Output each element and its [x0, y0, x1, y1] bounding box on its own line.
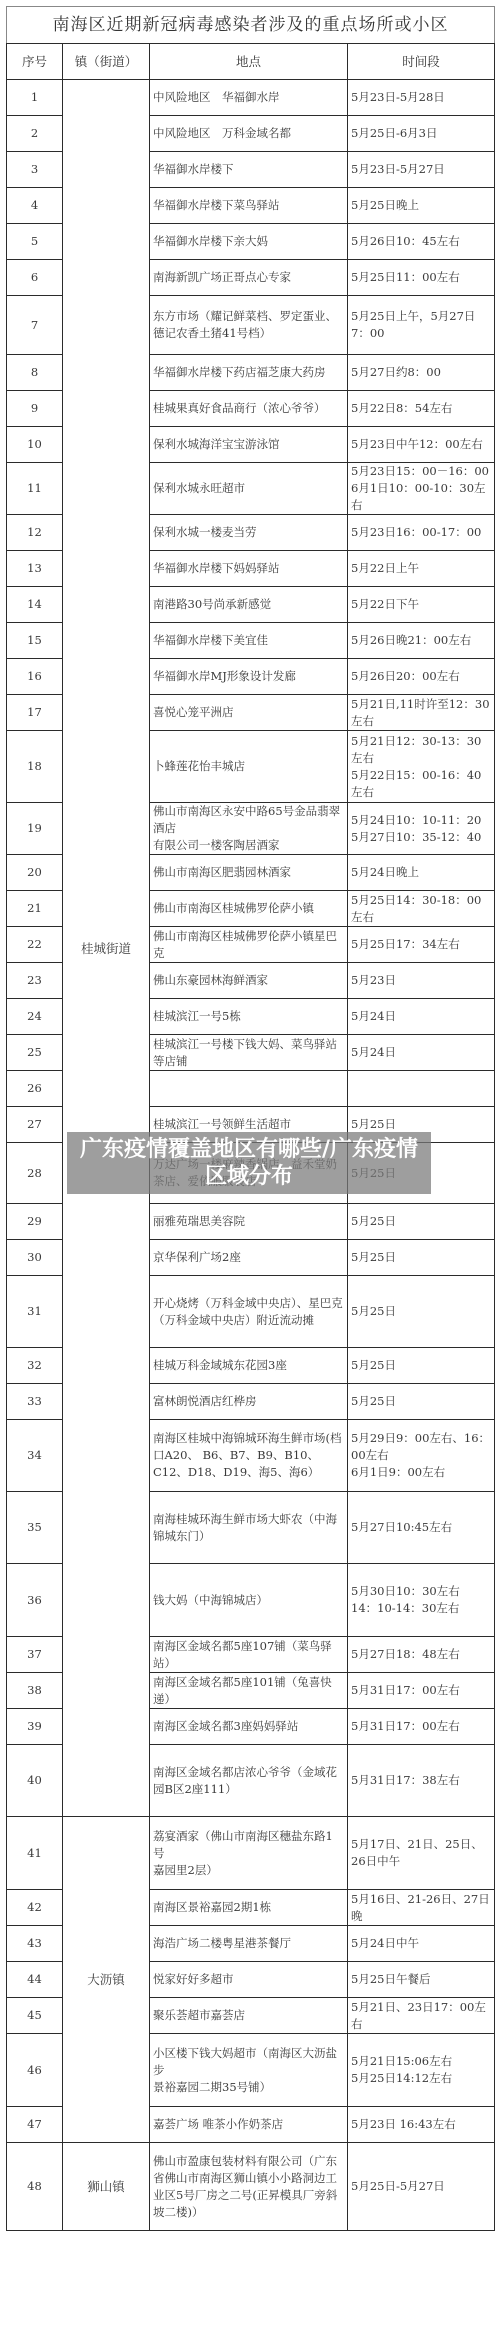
time-cell: 5月21日12：30-13：30左右 5月22日15：00-16：40左右 — [348, 731, 495, 803]
time-cell: 5月23日 — [348, 963, 495, 999]
location-cell: 南海区金域名都5座107铺（菜鸟驿站） — [150, 1637, 348, 1673]
row-number: 14 — [7, 587, 63, 623]
header-location: 地点 — [150, 44, 348, 80]
row-number: 26 — [7, 1071, 63, 1107]
row-number: 34 — [7, 1420, 63, 1492]
location-cell: 华福御水岸楼下美宜佳 — [150, 623, 348, 659]
header-time: 时间段 — [348, 44, 495, 80]
row-number: 45 — [7, 1998, 63, 2034]
location-cell: 南海区桂城中海锦城环海生鲜市场(档口A20、 B6、B7、B9、B10、C12、… — [150, 1420, 348, 1492]
time-cell: 5月23日-5月28日 — [348, 80, 495, 116]
row-number: 10 — [7, 427, 63, 463]
location-cell: 南海区景裕嘉园2期1栋 — [150, 1890, 348, 1926]
row-number: 5 — [7, 224, 63, 260]
time-cell: 5月27日约8：00 — [348, 355, 495, 391]
time-cell: 5月21日15:06左右 5月25日14:12左右 — [348, 2034, 495, 2107]
location-cell: 南海新凯广场正哥点心专家 — [150, 260, 348, 296]
location-cell: 小区楼下钱大妈超市（南海区大沥盐步 景裕嘉园二期35号铺） — [150, 2034, 348, 2107]
time-cell: 5月26日20：00左右 — [348, 659, 495, 695]
table-title: 南海区近期新冠病毒感染者涉及的重点场所或小区 — [7, 7, 495, 44]
location-cell: 嘉荟广场 唯茶小作奶茶店 — [150, 2107, 348, 2143]
location-cell: 京华保利广场2座 — [150, 1240, 348, 1276]
table-row: 48狮山镇佛山市盈康包装材料有限公司（广东省佛山市南海区狮山镇小小路洞边工业区5… — [7, 2143, 495, 2231]
row-number: 21 — [7, 891, 63, 927]
row-number: 1 — [7, 80, 63, 116]
location-cell: 保利水城海洋宝宝游泳馆 — [150, 427, 348, 463]
time-cell: 5月22日下午 — [348, 587, 495, 623]
time-cell: 5月25日17：34左右 — [348, 927, 495, 963]
row-number: 12 — [7, 515, 63, 551]
time-cell: 5月25日 — [348, 1348, 495, 1384]
row-number: 46 — [7, 2034, 63, 2107]
location-cell: 华福御水岸楼下亲大妈 — [150, 224, 348, 260]
row-number: 35 — [7, 1492, 63, 1564]
row-number: 27 — [7, 1107, 63, 1143]
time-cell: 5月23日16：00-17：00 — [348, 515, 495, 551]
time-cell: 5月17日、21日、25日、26日中午 — [348, 1817, 495, 1890]
time-cell: 5月30日10：30左右 14：10-14：30左右 — [348, 1564, 495, 1637]
row-number: 11 — [7, 463, 63, 515]
row-number: 24 — [7, 999, 63, 1035]
location-cell: 佛山市南海区桂城佛罗伦萨小镇 — [150, 891, 348, 927]
time-cell: 5月23日15：00－16：00 6月1日10：00-10：30左右 — [348, 463, 495, 515]
location-cell: 桂城果真好食品商行（浓心爷爷） — [150, 391, 348, 427]
time-cell: 5月25日 — [348, 1204, 495, 1240]
time-cell: 5月16日、21-26日、27日晚 — [348, 1890, 495, 1926]
time-cell: 5月29日9：00左右、16：00左右 6月1日9：00左右 — [348, 1420, 495, 1492]
row-number: 8 — [7, 355, 63, 391]
town-cell: 大沥镇 — [63, 1817, 150, 2143]
table-row: 41大沥镇荔宴酒家（佛山市南海区穗盐东路1号 嘉园里2层）5月17日、21日、2… — [7, 1817, 495, 1890]
time-cell: 5月25日午餐后 — [348, 1962, 495, 1998]
location-cell: 佛山市盈康包装材料有限公司（广东省佛山市南海区狮山镇小小路洞边工业区5号厂房之二… — [150, 2143, 348, 2231]
row-number: 44 — [7, 1962, 63, 1998]
time-cell: 5月24日 — [348, 1035, 495, 1071]
row-number: 43 — [7, 1926, 63, 1962]
location-cell: 桂城滨江一号5栋 — [150, 999, 348, 1035]
row-number: 19 — [7, 803, 63, 855]
row-number: 23 — [7, 963, 63, 999]
time-cell: 5月23日中午12：00左右 — [348, 427, 495, 463]
location-cell: 华福御水岸楼下 — [150, 152, 348, 188]
location-cell: 中风险地区 万科金域名都 — [150, 116, 348, 152]
time-cell: 5月23日-5月27日 — [348, 152, 495, 188]
key-locations-table: 南海区近期新冠病毒感染者涉及的重点场所或小区 序号 镇（街道） 地点 时间段 1… — [6, 6, 495, 2231]
location-cell: 佛山市南海区永安中路65号金品翡翠酒店 有限公司一楼客陶居酒家 — [150, 803, 348, 855]
time-cell: 5月27日18：48左右 — [348, 1637, 495, 1673]
time-cell: 5月22日上午 — [348, 551, 495, 587]
location-cell — [150, 1071, 348, 1107]
location-cell: 丽雅苑瑞思美容院 — [150, 1204, 348, 1240]
table-row: 1桂城街道中风险地区 华福御水岸5月23日-5月28日 — [7, 80, 495, 116]
time-cell: 5月24日 — [348, 999, 495, 1035]
header-town: 镇（街道） — [63, 44, 150, 80]
location-cell: 华福御水岸MJ形象设计发廊 — [150, 659, 348, 695]
row-number: 36 — [7, 1564, 63, 1637]
row-number: 38 — [7, 1673, 63, 1709]
row-number: 37 — [7, 1637, 63, 1673]
time-cell: 5月25日上午，5月27日7：00 — [348, 296, 495, 355]
row-number: 13 — [7, 551, 63, 587]
location-cell: 华福御水岸楼下妈妈驿站 — [150, 551, 348, 587]
row-number: 9 — [7, 391, 63, 427]
row-number: 40 — [7, 1745, 63, 1817]
row-number: 4 — [7, 188, 63, 224]
time-cell: 5月25日 — [348, 1240, 495, 1276]
location-cell: 中风险地区 华福御水岸 — [150, 80, 348, 116]
location-cell: 佛山东豪园林海鲜酒家 — [150, 963, 348, 999]
location-cell: 保利水城一楼麦当劳 — [150, 515, 348, 551]
town-cell: 狮山镇 — [63, 2143, 150, 2231]
row-number: 31 — [7, 1276, 63, 1348]
location-cell: 佛山市南海区桂城佛罗伦萨小镇星巴克 — [150, 927, 348, 963]
time-cell: 5月26日10：45左右 — [348, 224, 495, 260]
row-number: 6 — [7, 260, 63, 296]
location-cell: 富林朗悦酒店红桦房 — [150, 1384, 348, 1420]
document-table-container: 南海区近期新冠病毒感染者涉及的重点场所或小区 序号 镇（街道） 地点 时间段 1… — [6, 6, 494, 2231]
time-cell: 5月31日17：00左右 — [348, 1709, 495, 1745]
watermark-banner: 广东疫情覆盖地区有哪些/广东疫情区域分布 — [67, 1132, 431, 1194]
location-cell: 聚乐荟超市嘉荟店 — [150, 1998, 348, 2034]
time-cell: 5月31日17：38左右 — [348, 1745, 495, 1817]
time-cell: 5月24日中午 — [348, 1926, 495, 1962]
row-number: 7 — [7, 296, 63, 355]
time-cell: 5月24日晚上 — [348, 855, 495, 891]
time-cell: 5月25日-6月3日 — [348, 116, 495, 152]
row-number: 30 — [7, 1240, 63, 1276]
location-cell: 卜蜂莲花怡丰城店 — [150, 731, 348, 803]
location-cell: 喜悦心笼平洲店 — [150, 695, 348, 731]
time-cell: 5月25日晚上 — [348, 188, 495, 224]
row-number: 25 — [7, 1035, 63, 1071]
row-number: 42 — [7, 1890, 63, 1926]
row-number: 41 — [7, 1817, 63, 1890]
row-number: 16 — [7, 659, 63, 695]
row-number: 18 — [7, 731, 63, 803]
location-cell: 东方市场（耀记鲜菜档、罗定蛋业、德记农香土猪41号档） — [150, 296, 348, 355]
location-cell: 南海桂城环海生鲜市场大虾农（中海锦城东门） — [150, 1492, 348, 1564]
time-cell: 5月24日10：10-11：20 5月27日10：35-12：40 — [348, 803, 495, 855]
time-cell: 5月22日8：54左右 — [348, 391, 495, 427]
town-cell: 桂城街道 — [63, 80, 150, 1817]
row-number: 32 — [7, 1348, 63, 1384]
row-number: 29 — [7, 1204, 63, 1240]
location-cell: 保利水城永旺超市 — [150, 463, 348, 515]
location-cell: 桂城万科金域城东花园3座 — [150, 1348, 348, 1384]
row-number: 28 — [7, 1143, 63, 1204]
location-cell: 荔宴酒家（佛山市南海区穗盐东路1号 嘉园里2层） — [150, 1817, 348, 1890]
time-cell: 5月31日17：00左右 — [348, 1673, 495, 1709]
time-cell: 5月25日 — [348, 1384, 495, 1420]
location-cell: 南港路30号尚承新感觉 — [150, 587, 348, 623]
time-cell: 5月25日-5月27日 — [348, 2143, 495, 2231]
row-number: 17 — [7, 695, 63, 731]
time-cell: 5月23日 16:43左右 — [348, 2107, 495, 2143]
row-number: 47 — [7, 2107, 63, 2143]
location-cell: 开心烧烤（万科金域中央店）、星巴克（万科金域中央店）附近流动摊 — [150, 1276, 348, 1348]
row-number: 15 — [7, 623, 63, 659]
row-number: 33 — [7, 1384, 63, 1420]
time-cell: 5月25日 — [348, 1276, 495, 1348]
row-number: 2 — [7, 116, 63, 152]
time-cell: 5月26日晚21：00左右 — [348, 623, 495, 659]
row-number: 22 — [7, 927, 63, 963]
location-cell: 桂城滨江一号楼下钱大妈、菜鸟驿站等店铺 — [150, 1035, 348, 1071]
row-number: 20 — [7, 855, 63, 891]
row-number: 39 — [7, 1709, 63, 1745]
location-cell: 南海区金域名都3座妈妈驿站 — [150, 1709, 348, 1745]
location-cell: 华福御水岸楼下药店福芝康大药房 — [150, 355, 348, 391]
time-cell: 5月25日14：30-18：00左右 — [348, 891, 495, 927]
location-cell: 悦家好好多超市 — [150, 1962, 348, 1998]
location-cell: 佛山市南海区肥翡园林酒家 — [150, 855, 348, 891]
location-cell: 华福御水岸楼下菜鸟驿站 — [150, 188, 348, 224]
row-number: 3 — [7, 152, 63, 188]
location-cell: 钱大妈（中海锦城店） — [150, 1564, 348, 1637]
location-cell: 南海区金域名都店浓心爷爷（金域花园B区2座111） — [150, 1745, 348, 1817]
time-cell: 5月25日11：00左右 — [348, 260, 495, 296]
time-cell: 5月27日10:45左右 — [348, 1492, 495, 1564]
location-cell: 南海区金域名都5座101铺（兔喜快递） — [150, 1673, 348, 1709]
time-cell: 5月21日,11时许至12：30左右 — [348, 695, 495, 731]
time-cell — [348, 1071, 495, 1107]
row-number: 48 — [7, 2143, 63, 2231]
time-cell: 5月21日、23日17：00左右 — [348, 1998, 495, 2034]
header-no: 序号 — [7, 44, 63, 80]
location-cell: 海浩广场二楼粤星港茶餐厅 — [150, 1926, 348, 1962]
